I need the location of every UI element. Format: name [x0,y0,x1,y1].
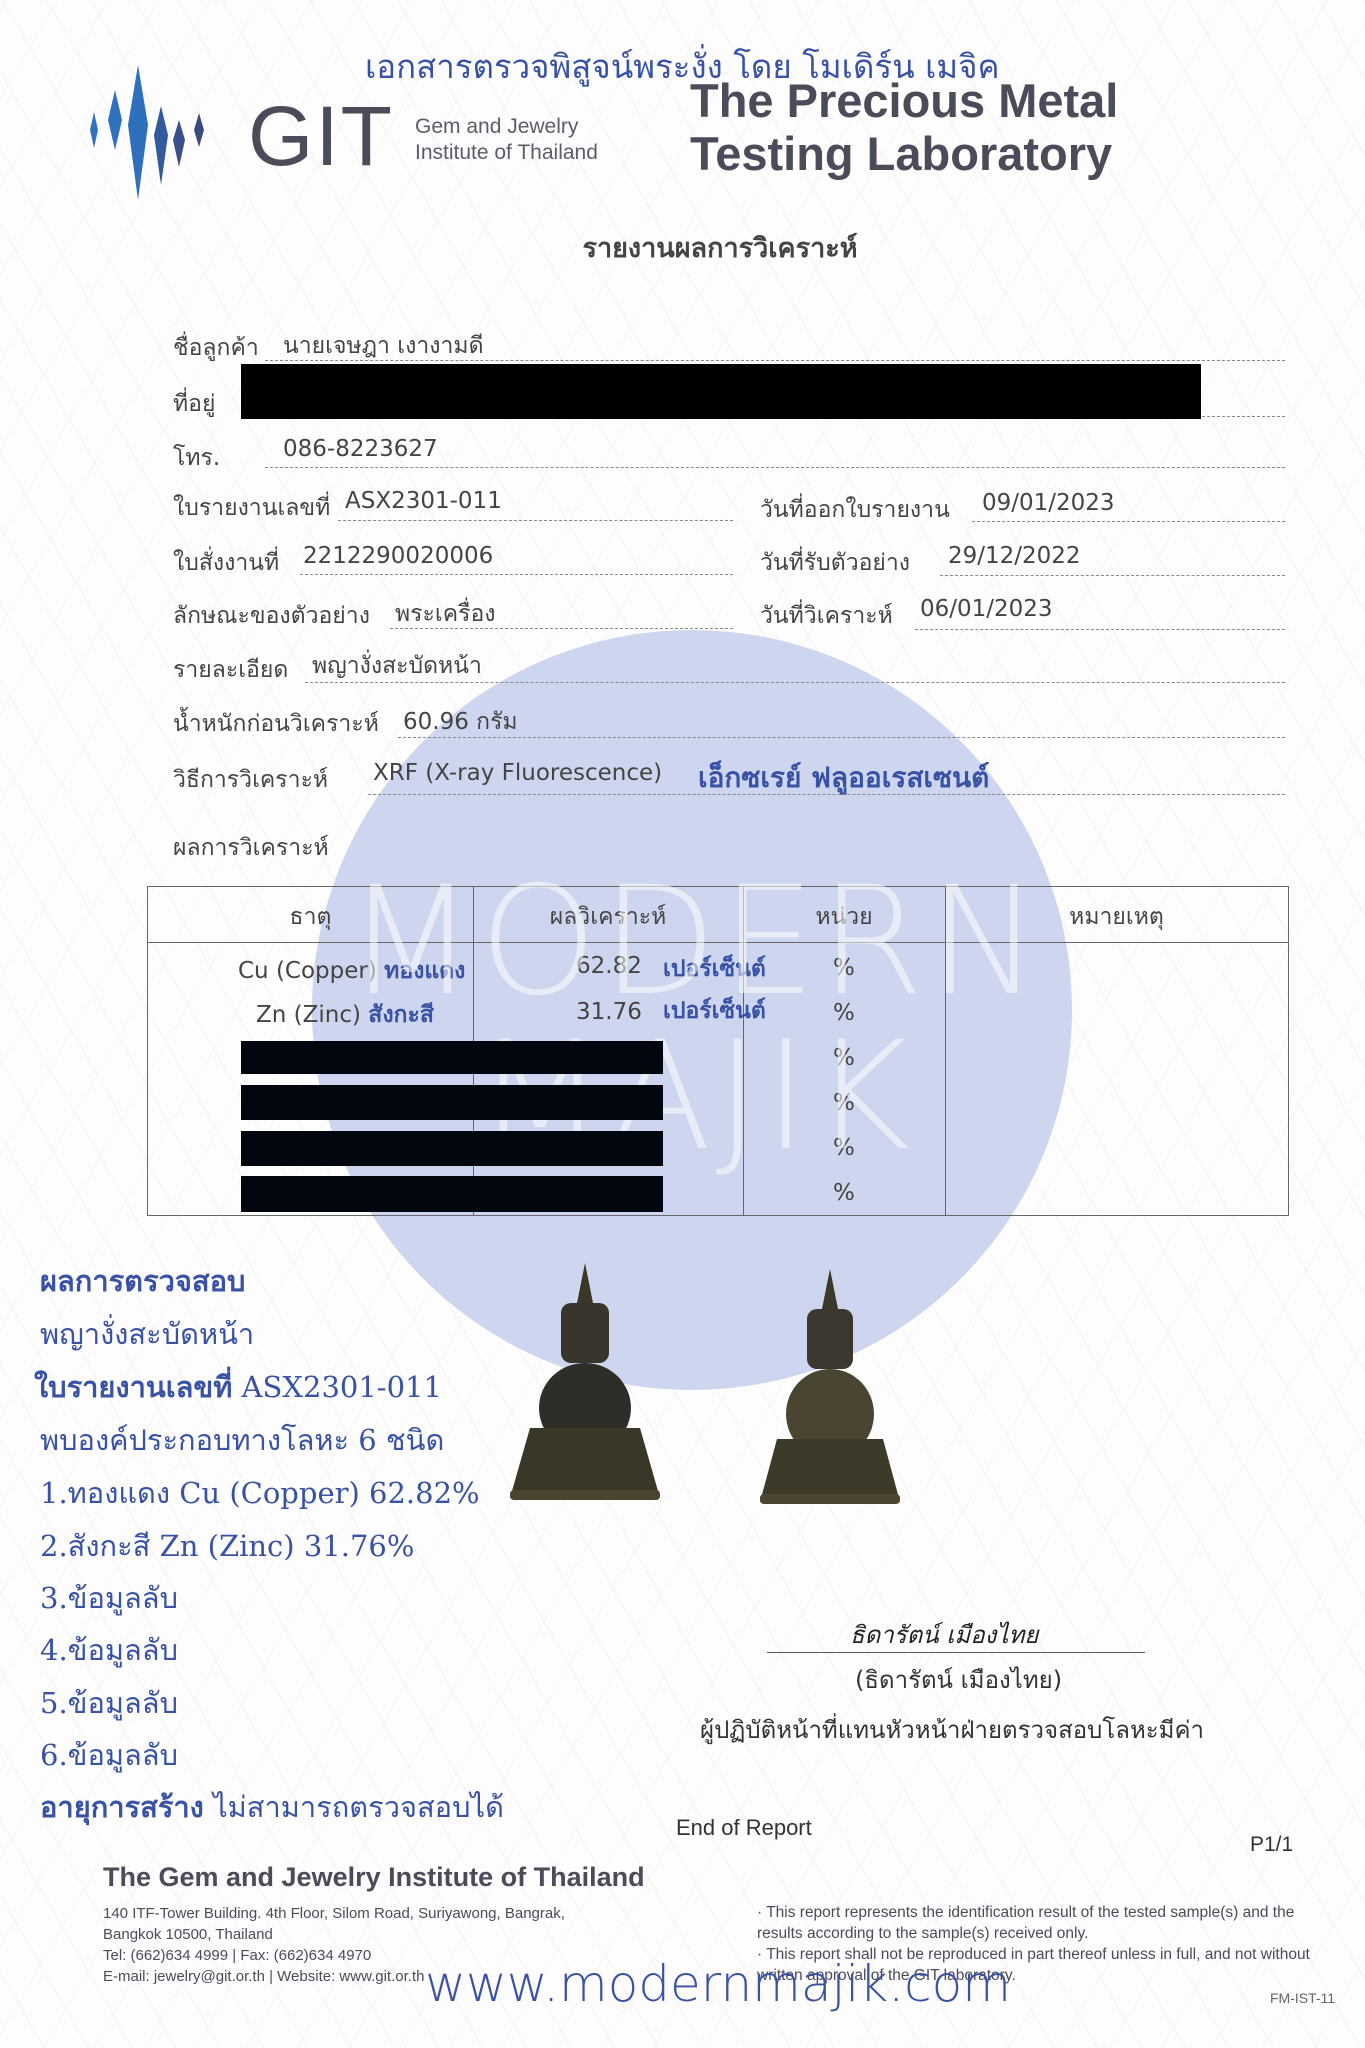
handwritten-signature: ธิดารัตน์ เมืองไทย [850,1615,1038,1654]
address-line-2: Bangkok 10500, Thailand [103,1924,565,1945]
row-redaction [241,1131,663,1166]
received-underline [940,575,1285,576]
footer-org: The Gem and Jewelry Institute of Thailan… [103,1862,645,1893]
watermark-website: www.modernmajik.com [425,1955,1011,2013]
customer-value: นายเจษฎา เงางามดี [283,328,484,364]
end-of-report: End of Report [676,1815,812,1841]
received-label: วันที่รับตัวอย่าง [760,545,910,581]
git-logo-icon [80,50,220,210]
weight-underline [398,737,1285,738]
summary-report-value: ASX2301-011 [242,1370,442,1404]
weight-value: 60.96 กรัม [403,704,518,740]
method-underline [368,794,1285,795]
detail-label: รายละเอียด [173,652,288,688]
summary-item: 5.ข้อมูลลับ [40,1680,178,1726]
report-title: รายงานผลการวิเคราะห์ [0,226,1365,269]
git-logo-subtitle: Gem and Jewelry Institute of Thailand [415,114,598,166]
address-label: ที่อยู่ [173,386,215,422]
summary-age-value: ไม่สามารถตรวจสอบได้ [213,1790,504,1824]
summary-age-label: อายุการสร้าง [40,1790,204,1824]
summary-report-label: ใบรายงานเลขที่ [34,1370,232,1404]
summary-name: พญางั่งสะบัดหน้า [40,1311,254,1357]
summary-item: 3.ข้อมูลลับ [40,1575,178,1621]
lab-title: The Precious Metal Testing Laboratory [690,74,1118,180]
report-no-label: ใบรายงานเลขที่ [173,490,330,526]
sample-type-label: ลักษณะของตัวอย่าง [173,598,370,634]
lab-title-line-2: Testing Laboratory [690,127,1118,180]
analysis-date-label: วันที่วิเคราะห์ [760,598,893,634]
detail-underline [305,682,1285,683]
customer-label: ชื่อลูกค้า [173,330,259,366]
summary-item: 4.ข้อมูลลับ [40,1627,178,1673]
issue-date-value: 09/01/2023 [982,490,1115,516]
row-redaction [241,1085,663,1120]
detail-value: พญางั่งสะบัดหน้า [312,648,482,684]
amulet-front-photo [505,1258,665,1503]
summary-title: ผลการตรวจสอบ [40,1258,245,1304]
customer-underline [265,360,1285,361]
watermark-modern: MODERN [300,855,1090,1029]
received-value: 29/12/2022 [948,543,1081,569]
analysis-date-value: 06/01/2023 [920,596,1053,622]
method-label: วิธีการวิเคราะห์ [173,762,328,798]
phone-label: โทร. [173,440,220,476]
issue-date-underline [972,521,1285,522]
issue-date-label: วันที่ออกใบรายงาน [760,492,950,528]
lab-title-line-1: The Precious Metal [690,74,1118,127]
summary-item: 1.ทองแดง Cu (Copper) 62.82% [40,1470,480,1516]
signer-position: ผู้ปฏิบัติหน้าที่แทนหัวหน้าฝ่ายตรวจสอบโล… [700,1710,1204,1749]
logo-sub-line-1: Gem and Jewelry [415,114,598,140]
signer-name: (ธิดารัตน์ เมืองไทย) [855,1660,1062,1699]
address-line-1: 140 ITF-Tower Building. 4th Floor, Silom… [103,1903,565,1924]
logo-sub-line-2: Institute of Thailand [415,140,598,166]
summary-age: อายุการสร้าง ไม่สามารถตรวจสอบได้ [40,1784,504,1830]
weight-label: น้ำหนักก่อนวิเคราะห์ [173,706,379,742]
phone-underline [265,467,1285,468]
summary-report: ใบรายงานเลขที่ ASX2301-011 [34,1364,442,1410]
order-no-value: 2212290020006 [303,543,493,569]
order-no-label: ใบสั่งงานที่ [173,545,279,581]
signature-line [767,1652,1145,1653]
phone-value: 086-8223627 [283,436,438,462]
disclaimer-1: · This report represents the identificat… [757,1902,1317,1944]
amulet-back-photo [755,1264,905,1509]
row-redaction [241,1176,663,1212]
page-number: P1/1 [1250,1833,1293,1857]
report-no-underline [338,520,733,521]
report-no-value: ASX2301-011 [345,488,502,514]
summary-found: พบองค์ประกอบทางโลหะ 6 ชนิด [40,1417,444,1463]
summary-item: 6.ข้อมูลลับ [40,1732,178,1778]
address-redaction [241,364,1201,419]
summary-item: 2.สังกะสี Zn (Zinc) 31.76% [40,1523,414,1569]
sample-type-value: พระเครื่อง [395,596,496,632]
method-value: XRF (X-ray Fluorescence) [373,760,662,786]
git-logo-text: GIT [248,88,394,185]
analysis-date-underline [915,629,1285,630]
sample-type-underline [390,628,733,629]
row-redaction [241,1041,663,1074]
form-code: FM-IST-11 [1270,1990,1335,2006]
order-no-underline [300,574,733,575]
